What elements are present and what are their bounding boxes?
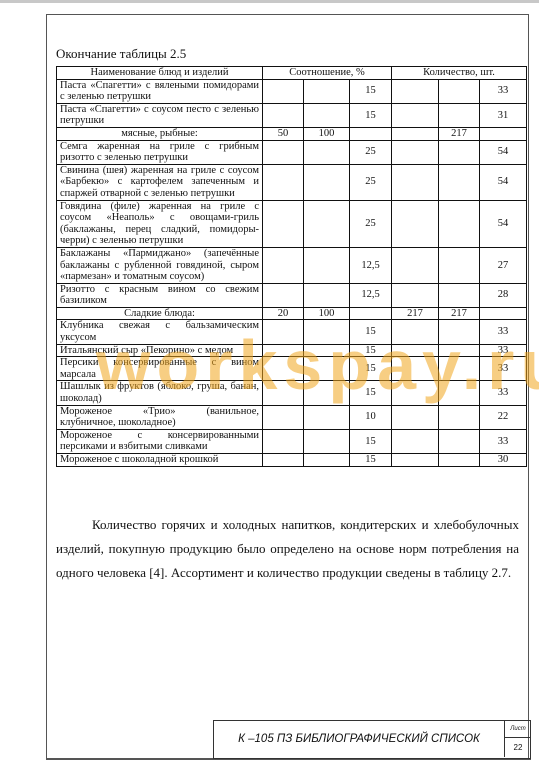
- cell-ratio-3: 12,5: [350, 247, 392, 283]
- cell-ratio-3: 25: [350, 164, 392, 200]
- cell-ratio-1: [263, 247, 304, 283]
- cell-ratio-2: [304, 405, 350, 429]
- sheet-number: 22: [505, 738, 531, 757]
- cell-name: Персики консервированные с вином марсала: [57, 357, 263, 381]
- cell-ratio-3: 15: [350, 79, 392, 103]
- cell-name: Паста «Спагетти» с соусом песто с зелень…: [57, 103, 263, 127]
- cell-ratio-3: 10: [350, 405, 392, 429]
- table-row: Мороженое «Трио» (ванильное, клубничное,…: [57, 405, 527, 429]
- viewer-top-bar: [0, 0, 539, 3]
- cell-quantity-3: 27: [480, 247, 527, 283]
- cell-ratio-2: [304, 164, 350, 200]
- cell-quantity-1: [392, 127, 439, 140]
- table-row: Мороженое с консервированными персиками …: [57, 429, 527, 453]
- sheet-label: Лист: [505, 721, 531, 738]
- cell-name: Клубника свежая с бальзамическим уксусом: [57, 320, 263, 344]
- cell-name: Мороженое с консервированными персиками …: [57, 429, 263, 453]
- cell-quantity-3: 30: [480, 454, 527, 467]
- cell-ratio-3: 15: [350, 381, 392, 405]
- cell-ratio-2: [304, 454, 350, 467]
- table-row: Клубника свежая с бальзамическим уксусом…: [57, 320, 527, 344]
- cell-ratio-2: [304, 357, 350, 381]
- cell-quantity-1: [392, 200, 439, 247]
- cell-quantity-2: [439, 429, 480, 453]
- table-row: Шашлык из фруктов (яблоко, груша, банан,…: [57, 381, 527, 405]
- cell-ratio-1: [263, 429, 304, 453]
- cell-ratio-1: [263, 200, 304, 247]
- cell-name: Шашлык из фруктов (яблоко, груша, банан,…: [57, 381, 263, 405]
- cell-quantity-2: [439, 164, 480, 200]
- cell-ratio-3: 15: [350, 103, 392, 127]
- header-ratio: Соотношение, %: [263, 67, 392, 80]
- cell-quantity-1: [392, 454, 439, 467]
- cell-quantity-1: [392, 405, 439, 429]
- cell-ratio-3: 15: [350, 320, 392, 344]
- sheet-cell: Лист 22: [504, 721, 531, 757]
- cell-ratio-1: [263, 357, 304, 381]
- cell-quantity-1: [392, 344, 439, 357]
- cell-ratio-1: [263, 405, 304, 429]
- cell-ratio-1: [263, 381, 304, 405]
- cell-ratio-2: [304, 140, 350, 164]
- cell-quantity-3: 33: [480, 79, 527, 103]
- cell-name: Итальянский сыр «Пекорино» с медом: [57, 344, 263, 357]
- cell-name: Свинина (шея) жаренная на гриле с соусом…: [57, 164, 263, 200]
- cell-ratio-3: 15: [350, 454, 392, 467]
- cell-quantity-3: 54: [480, 200, 527, 247]
- cell-name: Мороженое «Трио» (ванильное, клубничное,…: [57, 405, 263, 429]
- cell-ratio-3: 25: [350, 140, 392, 164]
- cell-ratio-3: 15: [350, 357, 392, 381]
- cell-quantity-1: [392, 357, 439, 381]
- cell-quantity-1: [392, 381, 439, 405]
- table-row: Баклажаны «Пармиджано» (запечённые бакла…: [57, 247, 527, 283]
- table-row: Итальянский сыр «Пекорино» с медом1533: [57, 344, 527, 357]
- cell-ratio-1: [263, 164, 304, 200]
- table-row: Ризотто с красным вином со свежим базили…: [57, 283, 527, 307]
- cell-quantity-3: 54: [480, 140, 527, 164]
- cell-name: Говядина (филе) жаренная на гриле с соус…: [57, 200, 263, 247]
- cell-quantity-3: 28: [480, 283, 527, 307]
- cell-ratio-2: [304, 381, 350, 405]
- cell-quantity-3: 31: [480, 103, 527, 127]
- cell-ratio-3: 15: [350, 344, 392, 357]
- cell-ratio-3: [350, 307, 392, 320]
- cell-quantity-1: [392, 429, 439, 453]
- cell-ratio-2: 100: [304, 307, 350, 320]
- document-title: К –105 ПЗ БИБЛИОГРАФИЧЕСКИЙ СПИСОК: [214, 721, 504, 757]
- cell-name: Ризотто с красным вином со свежим базили…: [57, 283, 263, 307]
- cell-name: Сладкие блюда:: [57, 307, 263, 320]
- cell-ratio-2: [304, 247, 350, 283]
- table-row: Свинина (шея) жаренная на гриле с соусом…: [57, 164, 527, 200]
- cell-quantity-1: [392, 79, 439, 103]
- cell-ratio-2: [304, 200, 350, 247]
- menu-table: Наименование блюд и изделий Соотношение,…: [56, 66, 527, 467]
- cell-ratio-1: [263, 344, 304, 357]
- cell-quantity-1: 217: [392, 307, 439, 320]
- cell-ratio-1: [263, 283, 304, 307]
- cell-quantity-2: 217: [439, 307, 480, 320]
- cell-name: Семга жаренная на гриле с грибным ризотт…: [57, 140, 263, 164]
- cell-ratio-1: [263, 79, 304, 103]
- cell-quantity-2: [439, 454, 480, 467]
- cell-ratio-1: [263, 454, 304, 467]
- body-paragraph: Количество горячих и холодных напитков, …: [56, 513, 519, 585]
- cell-quantity-2: [439, 200, 480, 247]
- cell-quantity-1: [392, 103, 439, 127]
- cell-ratio-2: [304, 283, 350, 307]
- cell-quantity-1: [392, 140, 439, 164]
- table-group-row: Сладкие блюда:20100217217: [57, 307, 527, 320]
- table-header-row: Наименование блюд и изделий Соотношение,…: [57, 67, 527, 80]
- cell-quantity-2: [439, 247, 480, 283]
- cell-ratio-3: 25: [350, 200, 392, 247]
- cell-quantity-2: [439, 79, 480, 103]
- cell-quantity-2: [439, 381, 480, 405]
- cell-quantity-1: [392, 283, 439, 307]
- cell-ratio-2: [304, 429, 350, 453]
- paragraph-text: Количество горячих и холодных напитков, …: [56, 517, 519, 580]
- cell-ratio-3: 15: [350, 429, 392, 453]
- table-row: Мороженое с шоколадной крошкой1530: [57, 454, 527, 467]
- table-row: Паста «Спагетти» с соусом песто с зелень…: [57, 103, 527, 127]
- cell-ratio-3: 12,5: [350, 283, 392, 307]
- cell-quantity-3: [480, 307, 527, 320]
- cell-quantity-3: 33: [480, 344, 527, 357]
- cell-name: мясные, рыбные:: [57, 127, 263, 140]
- cell-quantity-3: 33: [480, 357, 527, 381]
- cell-quantity-2: [439, 140, 480, 164]
- cell-ratio-1: [263, 140, 304, 164]
- cell-quantity-2: [439, 405, 480, 429]
- cell-quantity-2: [439, 320, 480, 344]
- cell-quantity-1: [392, 247, 439, 283]
- table-row: Говядина (филе) жаренная на гриле с соус…: [57, 200, 527, 247]
- cell-name: Мороженое с шоколадной крошкой: [57, 454, 263, 467]
- cell-quantity-3: 33: [480, 429, 527, 453]
- cell-quantity-1: [392, 164, 439, 200]
- table-caption: Окончание таблицы 2.5: [56, 46, 186, 62]
- header-quantity: Количество, шт.: [392, 67, 527, 80]
- table-row: Паста «Спагетти» с вялеными помидорами с…: [57, 79, 527, 103]
- table-group-row: мясные, рыбные:50100217: [57, 127, 527, 140]
- cell-ratio-1: [263, 103, 304, 127]
- cell-ratio-2: 100: [304, 127, 350, 140]
- table-row: Семга жаренная на гриле с грибным ризотт…: [57, 140, 527, 164]
- cell-ratio-1: 20: [263, 307, 304, 320]
- cell-quantity-3: 22: [480, 405, 527, 429]
- table-row: Персики консервированные с вином марсала…: [57, 357, 527, 381]
- cell-quantity-3: [480, 127, 527, 140]
- cell-name: Паста «Спагетти» с вялеными помидорами с…: [57, 79, 263, 103]
- cell-ratio-2: [304, 103, 350, 127]
- cell-quantity-2: [439, 103, 480, 127]
- header-name: Наименование блюд и изделий: [57, 67, 263, 80]
- cell-quantity-3: 33: [480, 381, 527, 405]
- cell-quantity-2: 217: [439, 127, 480, 140]
- cell-ratio-3: [350, 127, 392, 140]
- cell-quantity-3: 54: [480, 164, 527, 200]
- cell-ratio-1: [263, 320, 304, 344]
- cell-quantity-2: [439, 344, 480, 357]
- cell-quantity-2: [439, 283, 480, 307]
- cell-ratio-1: 50: [263, 127, 304, 140]
- cell-ratio-2: [304, 320, 350, 344]
- cell-quantity-2: [439, 357, 480, 381]
- cell-ratio-2: [304, 344, 350, 357]
- cell-name: Баклажаны «Пармиджано» (запечённые бакла…: [57, 247, 263, 283]
- title-block: К –105 ПЗ БИБЛИОГРАФИЧЕСКИЙ СПИСОК Лист …: [213, 720, 531, 759]
- cell-quantity-1: [392, 320, 439, 344]
- cell-quantity-3: 33: [480, 320, 527, 344]
- cell-ratio-2: [304, 79, 350, 103]
